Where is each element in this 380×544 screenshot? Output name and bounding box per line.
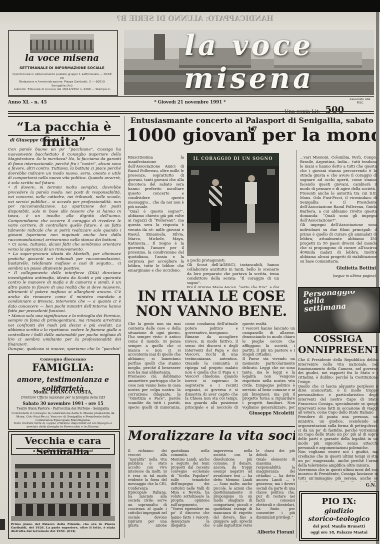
vecchia-photo	[11, 455, 115, 521]
vecchia-box: Vecchia e cara Senigallia a cura di Giro…	[8, 431, 120, 539]
concerto-col1: Riuscitissima la manifestazione dell’Ass…	[128, 155, 184, 289]
price-label: Una copia Lit.	[284, 109, 320, 115]
mini-photo-texture	[30, 40, 94, 50]
cossiga-title: COSSIGA ONNIPRESENTE	[298, 335, 378, 357]
figure-left	[209, 179, 222, 231]
pioix-line3: storico-teologico	[302, 515, 376, 523]
famiglia-box: Convegno diocesano FAMIGLIA: amore, test…	[8, 354, 120, 430]
mini-fineprint: Quindicinale in abbonamento postale grup…	[12, 73, 112, 92]
photo-banner: IL CORAGGIO DI UN SOGNO	[187, 153, 279, 166]
figure-right	[245, 175, 257, 233]
masthead-title: la voce misena	[124, 30, 374, 95]
vecchia-caption: Primo piano del Palazzo della Filanda, c…	[11, 523, 115, 535]
photo-light-left	[191, 170, 199, 175]
concerto-photo: IL CORAGGIO DI UN SOGNO	[187, 153, 279, 256]
concerto-continuation: (segue in ultima pagina)	[300, 274, 376, 280]
vecchia-window-row-1	[15, 472, 111, 478]
italia-signature: Giuseppe Nicoletti	[128, 411, 294, 418]
column-divider-right	[296, 150, 297, 538]
moralizzare-body: Il richiamo dei vescovi alla “moralità” …	[128, 449, 295, 529]
photo-banner-textbox: IL CORAGGIO DI UN SOGNO	[188, 156, 278, 164]
scan-top-bar	[0, 0, 380, 12]
column-divider-left	[124, 116, 125, 538]
cossiga-body: Che il Presidente della Repubblica debba…	[298, 358, 378, 482]
showthrough-text: HANDICAPPATO: ALUNNO DI SERIE B?	[30, 15, 360, 27]
dateline-rule-bottom-2	[8, 113, 374, 114]
figure-left-legs	[211, 206, 220, 231]
dateline-issue: Anno XL - n. 45	[8, 100, 88, 108]
vecchia-title-box: Vecchia e cara Senigallia a cura di Giro…	[11, 434, 115, 455]
concerto-col3: ...vari Missioni, Colombia, Perù, Congo,…	[300, 155, 377, 265]
vecchia-byline: a cura di Girolimetti, Mencucci	[14, 449, 112, 454]
concerto-title: 1000 giovani per la mondialità	[126, 125, 376, 146]
moralizzare-title: Moralizzare la vita sociale	[128, 429, 295, 444]
concerto-col2: a pochi protagonisti. Gli Scout dell’AGE…	[187, 258, 279, 288]
scan-corner-mark	[0, 519, 5, 530]
pacchia-rule-top	[8, 116, 120, 117]
vecchia-window-row-2	[15, 482, 111, 488]
dateline-price: Una copia Lit. 500	[282, 98, 344, 110]
figure-left-head	[212, 179, 219, 186]
pioix-box: PIO IX: giudizio storico-teologico del p…	[301, 493, 377, 539]
moralizzare-signature: Alberto Fiorani	[128, 530, 294, 537]
personaggio-title-box: Personaggio della settimana	[303, 291, 375, 331]
photo-floor	[187, 223, 279, 256]
pacchia-byline: di Giuseppe Cionchi	[10, 138, 110, 145]
figure-right-torso	[245, 182, 257, 204]
photo-light-right	[267, 169, 275, 175]
cossiga-signature: G.N.	[298, 483, 376, 490]
pioix-title: PIO IX:	[302, 497, 376, 507]
showthrough-title: HANDICAPPATO: ALUNNO DI SERIE B?	[30, 15, 360, 24]
famiglia-closing: Concluderà il convegno la celebrazione d…	[11, 412, 115, 422]
pioix-line4: del prof. Manlio Brunetti	[304, 524, 374, 529]
newspaper-front-page: HANDICAPPATO: ALUNNO DI SERIE B? la voce…	[0, 0, 380, 544]
pioix-line2: giudizio	[302, 507, 376, 515]
pacchia-rule-bottom	[8, 135, 120, 136]
figure-right-legs	[247, 204, 255, 233]
pacchia-body: Con parole buone un po’ “pacchiane”, Cos…	[8, 147, 121, 351]
concerto-signature: Giulietta Bottini	[300, 266, 376, 273]
vecchia-window-row-3	[15, 492, 111, 498]
italia-body: Che la gente non sia mai contenta delle …	[128, 322, 295, 410]
dateline-date: * Giovedì 21 novembre 1991 *	[110, 100, 270, 108]
famiglia-invite: Sono invitate tutte le coppie cristiane …	[11, 422, 115, 428]
figure-left-torso	[209, 186, 222, 206]
personaggio-photo-box: Personaggio della settimana	[298, 287, 380, 333]
figure-right-head	[248, 175, 255, 182]
dateline-rule-bottom-1	[8, 111, 374, 112]
italia-title: IN ITALIA LE COSE NON VANNO BENE.	[128, 290, 295, 319]
mini-title: la voce misena	[9, 54, 115, 64]
vecchia-portico	[15, 504, 111, 516]
famiglia-title: FAMIGLIA:	[11, 363, 115, 374]
masthead-mini-box: la voce misena SETTIMANALE DI INFORMAZIO…	[8, 30, 118, 96]
mini-photo	[30, 34, 94, 53]
dateline-rule-top	[8, 96, 374, 97]
dateline-association: Associato alla FISC	[346, 98, 374, 109]
mini-subtitle: SETTIMANALE DI INFORMAZIONE SOCIALE	[11, 66, 113, 72]
moralizzare-rule-top	[128, 426, 295, 427]
pioix-line5: oggi ore 18, Palazzo Mastai	[304, 530, 374, 535]
masthead-photo: la voce misena	[124, 30, 374, 95]
vecchia-ground	[11, 516, 115, 521]
